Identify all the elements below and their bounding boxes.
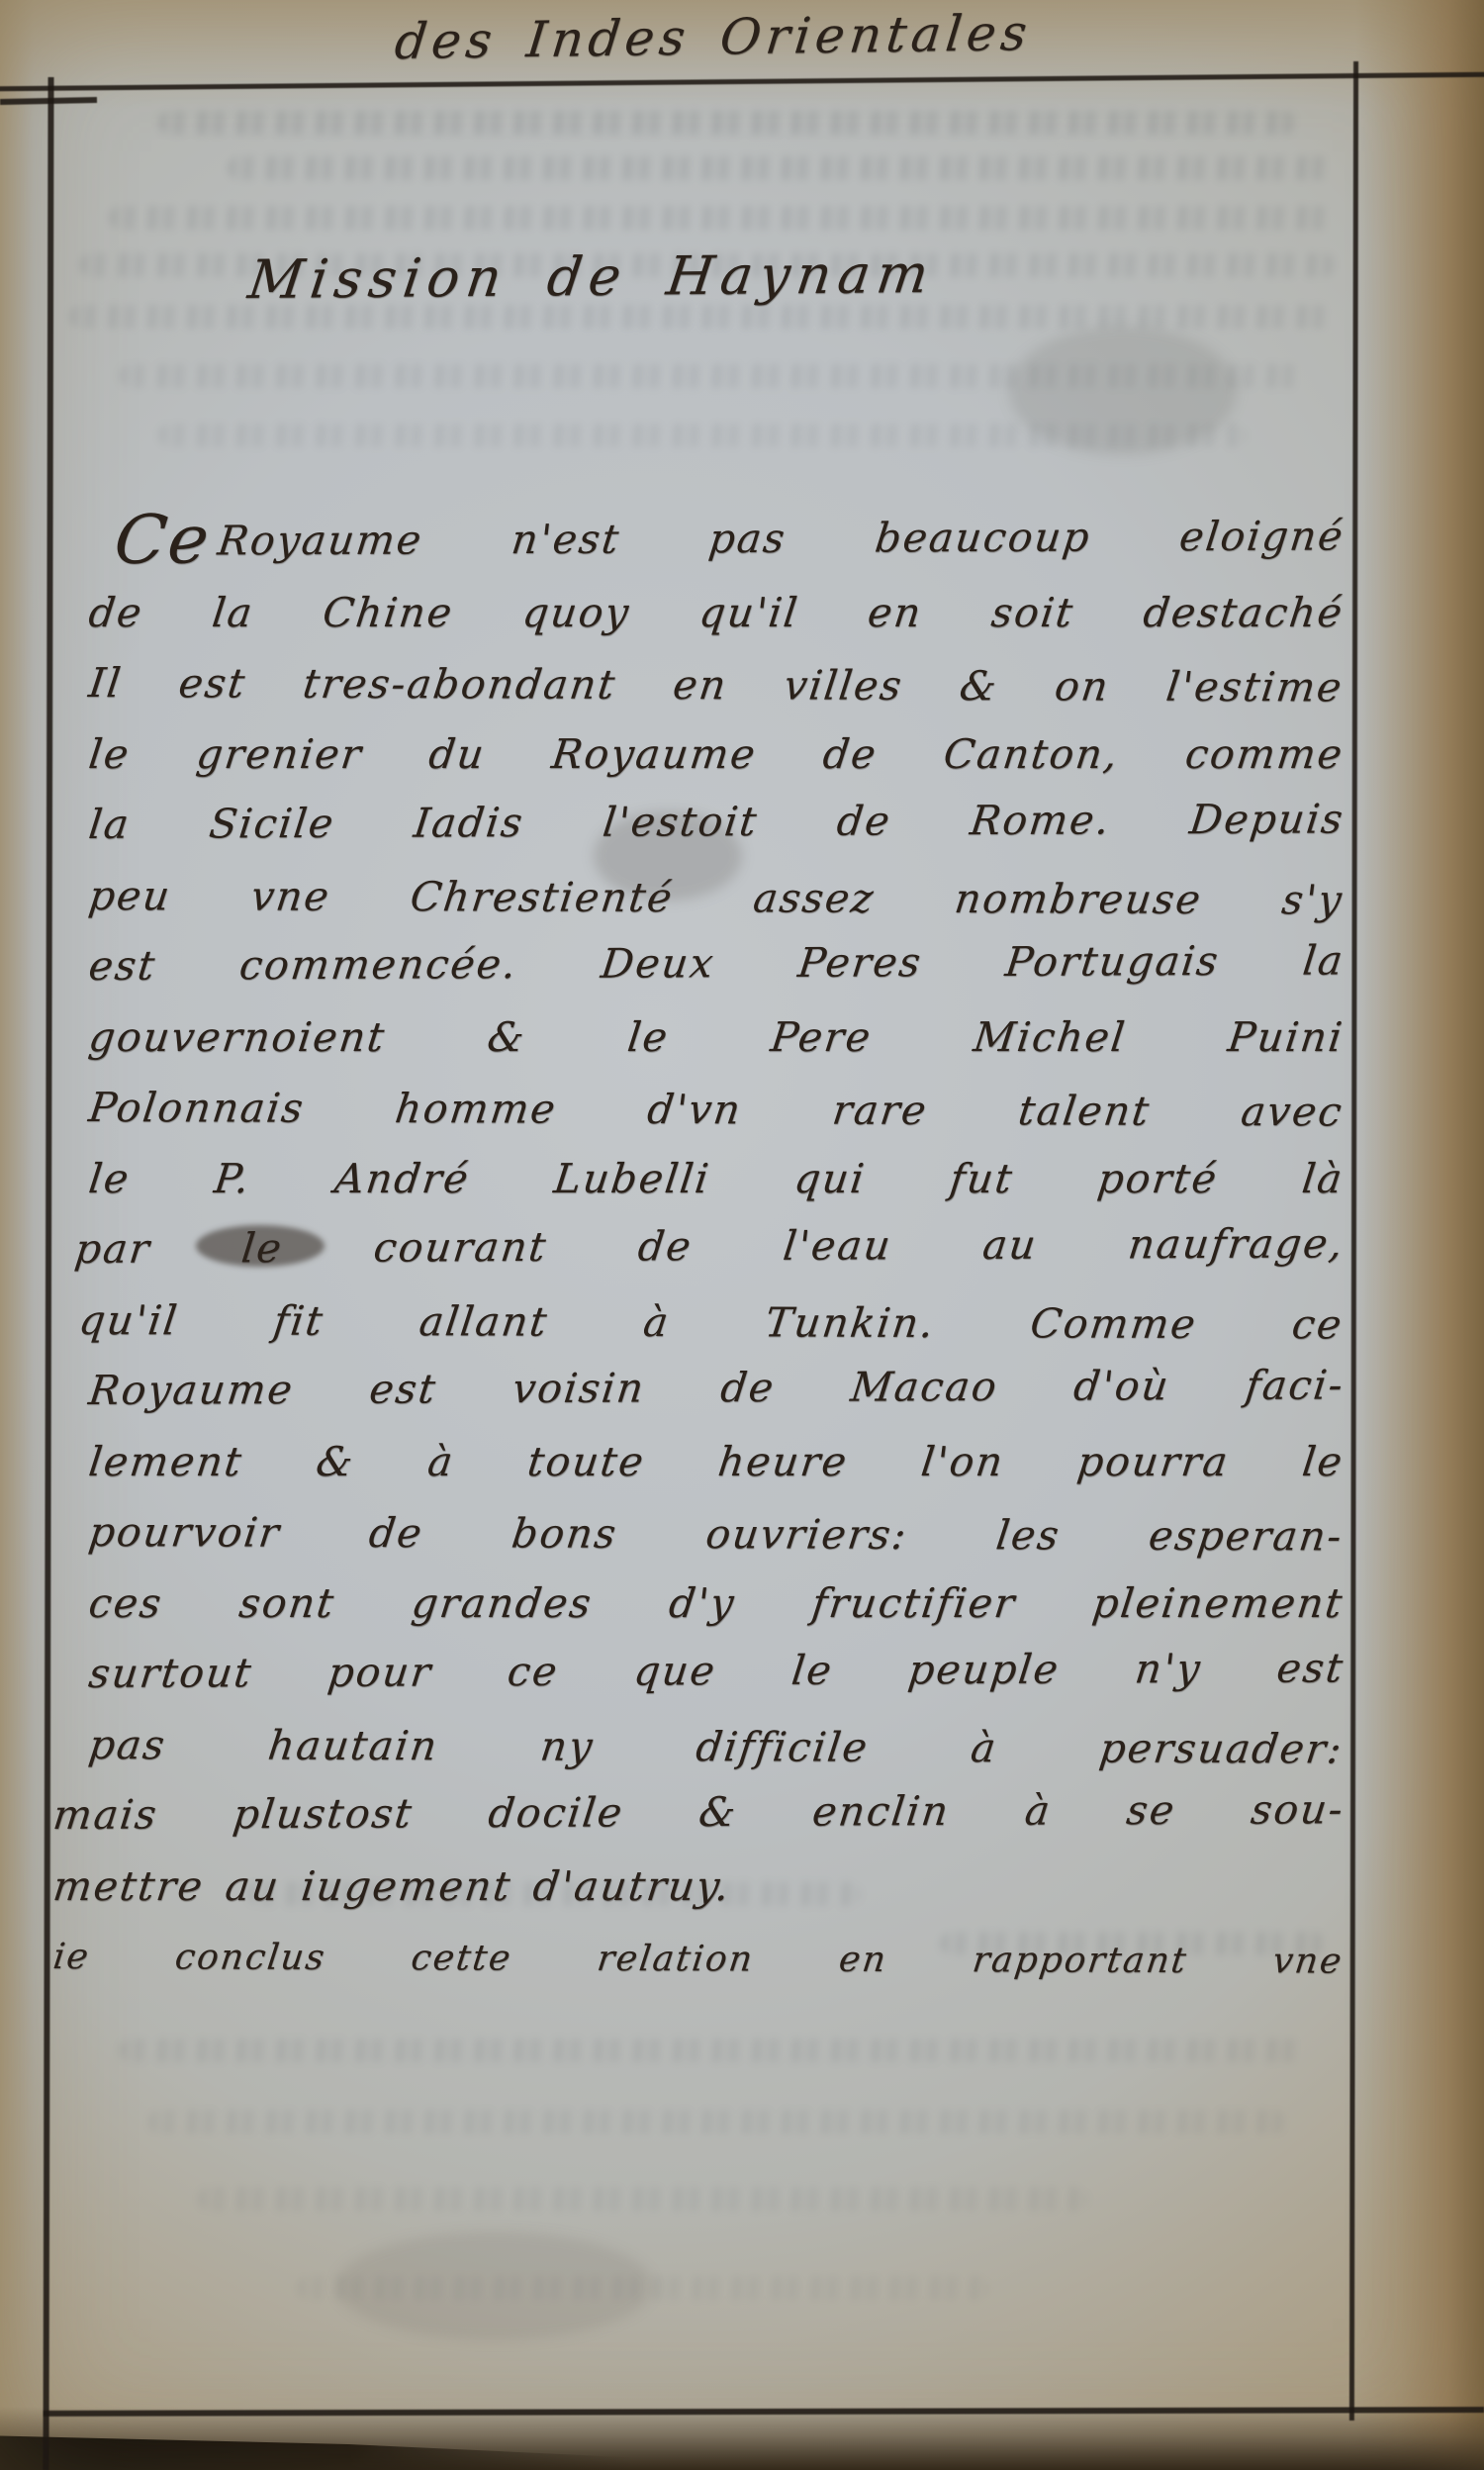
- body-line: ces sont grandes d'y fructifier pleineme…: [85, 1568, 1348, 1640]
- paper-bottom-edge: [0, 2407, 1484, 2470]
- body-line: est commencée. Deux Peres Portugais la: [85, 925, 1348, 1001]
- body-line: gouvernoient & le Pere Michel Puini: [85, 1002, 1348, 1074]
- page-title: Mission de Haynam: [244, 242, 939, 311]
- frame-top-line: [0, 72, 1484, 92]
- body-line: le grenier du Royaume de Canton, comme: [85, 719, 1348, 791]
- frame-bottom-line: [44, 2407, 1484, 2417]
- body-line: de la Chine quoy qu'il en soit destaché: [85, 578, 1348, 649]
- body-line: par le courant de l'eau au naufrage,: [71, 1208, 1348, 1284]
- bleedthrough-line: [158, 111, 1296, 135]
- body-line: le P. André Lubelli qui fut porté là: [85, 1144, 1348, 1215]
- manuscript-body: CeRoyaume n'est pas beaucoup eloigné de …: [89, 507, 1344, 1993]
- paper-stain: [1009, 327, 1237, 455]
- bleedthrough-line: [198, 2187, 1088, 2211]
- bleedthrough-line: [228, 156, 1336, 180]
- body-line: qu'il fit allant à Tunkin. Comme ce: [74, 1285, 1346, 1361]
- frame-left-line: [43, 77, 53, 2470]
- body-line: peu vne Chrestienté assez nombreuse s'y: [84, 861, 1346, 936]
- book-fore-edge: [1355, 0, 1484, 2470]
- frame-right-line: [1349, 61, 1358, 2421]
- bleedthrough-line: [119, 2039, 1306, 2062]
- body-line: ie conclus cette relation en rapportant …: [48, 1922, 1346, 1997]
- body-line: mais plustost docile & enclin à se sou-: [49, 1774, 1348, 1851]
- body-line: lement & à toute heure l'on pourra le: [85, 1427, 1348, 1498]
- paper-stain: [336, 2232, 653, 2340]
- body-line: Royaume est voisin de Macao d'où faci-: [85, 1350, 1348, 1426]
- paper-left-edge: [0, 0, 34, 2470]
- body-line: Polonnais homme d'vn rare talent avec: [84, 1073, 1346, 1148]
- body-line: pas hautain ny difficile à persuader:: [84, 1710, 1346, 1785]
- running-header: des Indes Orientales: [392, 3, 1111, 70]
- bleedthrough-line: [148, 2110, 1286, 2134]
- body-line: surtout pour ce que le peuple n'y est: [85, 1633, 1348, 1709]
- bottom-shadow: [0, 2428, 633, 2470]
- bleedthrough-line: [109, 206, 1336, 230]
- body-line: pourvoir de bons ouvriers: les esperan-: [84, 1497, 1346, 1572]
- body-line: Il est tres-abondant en villes & on l'es…: [84, 648, 1346, 723]
- header-text: des Indes Orientales: [392, 4, 1034, 70]
- title-text: Mission de Haynam: [244, 242, 939, 311]
- drop-capital: Ce: [110, 501, 215, 579]
- manuscript-page: des Indes Orientales Mission de Haynam C…: [0, 0, 1484, 2470]
- body-line-text: Royaume n'est pas beaucoup eloigné: [216, 512, 1347, 564]
- body-line: mettre au iugement d'autruy.: [49, 1852, 1348, 1923]
- body-line: la Sicile Iadis l'estoit de Rome. Depuis: [85, 784, 1348, 860]
- body-line: CeRoyaume n'est pas beaucoup eloigné: [85, 501, 1348, 577]
